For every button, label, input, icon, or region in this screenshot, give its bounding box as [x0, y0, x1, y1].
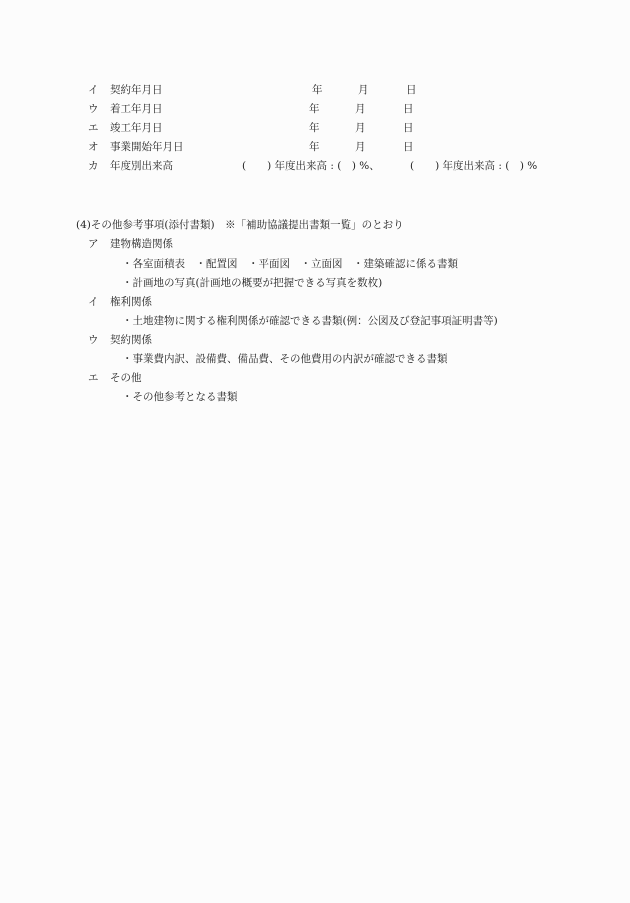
item-marker: イ: [88, 83, 99, 97]
date-label: 契約年月日: [110, 83, 163, 97]
day-unit: 日: [403, 140, 414, 154]
month-unit: 月: [355, 121, 366, 135]
section-4-heading: (4)その他参考事項(添付書類) ※「補助協議提出書類一覧」のとおり: [76, 218, 404, 232]
progress-label: 年度別出来高: [110, 159, 173, 173]
item-marker: ア: [88, 237, 99, 251]
year-unit: 年: [309, 121, 320, 135]
group-title: 建物構造関係: [110, 237, 173, 251]
group-title: 契約関係: [110, 333, 152, 347]
day-unit: 日: [403, 102, 414, 116]
item-marker: カ: [88, 159, 99, 173]
month-unit: 月: [355, 140, 366, 154]
month-unit: 月: [355, 102, 366, 116]
day-unit: 日: [403, 121, 414, 135]
progress-entry-1: ( ) 年度出来高 : ( ) %、: [242, 159, 380, 173]
item-marker: オ: [88, 140, 99, 154]
item-marker: エ: [88, 121, 99, 135]
group-title: 権利関係: [110, 295, 152, 309]
item-marker: ウ: [88, 102, 99, 116]
bullet-item: ・土地建物に関する権利関係が確認できる書類(例：公図及び登記事項証明書等): [122, 314, 498, 328]
date-label: 事業開始年月日: [110, 140, 184, 154]
date-label: 竣工年月日: [110, 121, 163, 135]
progress-entry-2: ( ) 年度出来高 : ( ) %: [410, 159, 537, 173]
bullet-item: ・計画地の写真(計画地の概要が把握できる写真を数枚): [122, 276, 382, 290]
item-marker: イ: [88, 295, 99, 309]
bullet-item: ・その他参考となる書類: [122, 390, 238, 404]
year-unit: 年: [312, 83, 323, 97]
month-unit: 月: [358, 83, 369, 97]
bullet-item: ・事業費内訳、設備費、備品費、その他費用の内訳が確認できる書類: [122, 352, 448, 366]
item-marker: エ: [88, 371, 99, 385]
year-unit: 年: [309, 102, 320, 116]
group-title: その他: [110, 371, 142, 385]
date-label: 着工年月日: [110, 102, 163, 116]
item-marker: ウ: [88, 333, 99, 347]
bullet-item: ・各室面積表 ・配置図 ・平面図 ・立面図 ・建築確認に係る書類: [122, 257, 458, 271]
day-unit: 日: [406, 83, 417, 97]
year-unit: 年: [309, 140, 320, 154]
